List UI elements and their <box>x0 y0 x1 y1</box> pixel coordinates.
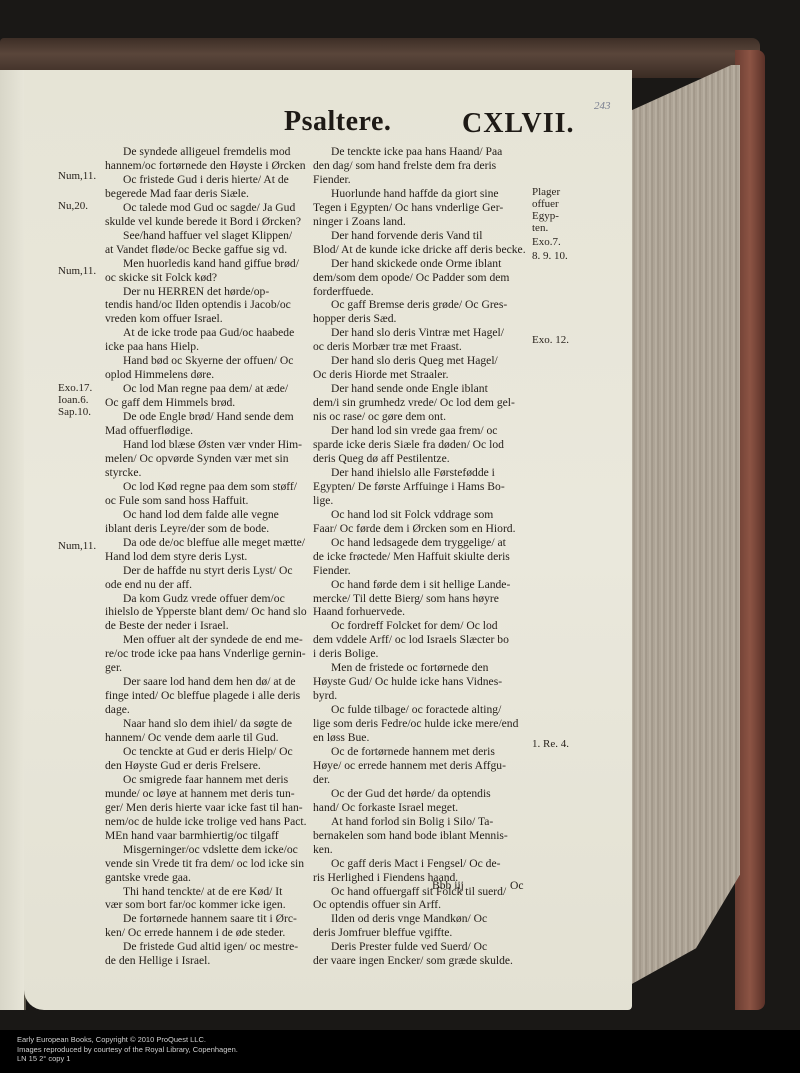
text-line: Oc hand offuergaff sit Folck til suerd/ <box>313 885 531 899</box>
text-line: styrcke. <box>105 466 343 480</box>
signature-mark: Bbb iij <box>432 879 464 892</box>
text-line: lige. <box>313 494 531 508</box>
footer-shelfmark-line: LN 15 2° copy 1 <box>17 1054 800 1064</box>
text-line: Oc deris Hiorde met Straaler. <box>313 368 531 382</box>
text-line: oc skicke sit Folck kød? <box>105 271 343 285</box>
text-line: en løss Bue. <box>313 731 531 745</box>
text-line: Der hand sende onde Engle iblant <box>313 382 531 396</box>
text-line: Men de fristede oc fortørnede den <box>313 661 531 675</box>
text-line: Ilden od deris vnge Mandkøn/ Oc <box>313 912 531 926</box>
text-line: dem vddele Arff/ oc lod Israels Slæcter … <box>313 633 531 647</box>
margin-reference: Num,11. <box>58 170 96 182</box>
text-line: deris Jomfruer bleffue vgiffte. <box>313 926 531 940</box>
text-line: Der hand lod sin vrede gaa frem/ oc <box>313 424 531 438</box>
text-line: Faar/ Oc førde dem i Ørcken som en Hiord… <box>313 522 531 536</box>
text-line: re/oc trode icke paa hans Vnderlige gern… <box>105 647 343 661</box>
text-line: melen/ Oc opvørde Synden vær met sin <box>105 452 343 466</box>
margin-reference: 1. Re. 4. <box>532 738 569 750</box>
text-line: Oc hand lod sit Folck vddrage som <box>313 508 531 522</box>
text-line: oplod Himmelens døre. <box>105 368 343 382</box>
folio-number: CXLVII. <box>462 108 575 140</box>
text-line: nem/oc de hulde icke trolige ved hans Pa… <box>105 815 343 829</box>
margin-reference: Exo. 12. <box>532 334 569 346</box>
text-line: de Beste der neder i Israel. <box>105 619 343 633</box>
catchword: Oc <box>510 879 524 892</box>
text-line: den dag/ som hand frelste dem fra deris <box>313 159 531 173</box>
text-line: De syndede alligeuel fremdelis mod <box>105 145 343 159</box>
text-line: Oc hand ledsagede dem tryggelige/ at <box>313 536 531 550</box>
text-line: Oc talede mod Gud oc sagde/ Ja Gud <box>105 201 343 215</box>
text-line: oc deris Morbær træ met Fraast. <box>313 340 531 354</box>
text-line: der vaare ingen Encker/ som græde skulde… <box>313 954 531 968</box>
text-line: bernakelen som hand bode iblant Mennis- <box>313 829 531 843</box>
text-line: Oc smigrede faar hannem met deris <box>105 773 343 787</box>
text-line: i deris Bolige. <box>313 647 531 661</box>
text-line: der. <box>313 773 531 787</box>
text-line: Der hand forvende deris Vand til <box>313 229 531 243</box>
text-line: Tegen i Egypten/ Oc hans vnderlige Ger- <box>313 201 531 215</box>
margin-reference: Exo.17. <box>58 382 92 394</box>
book-scan: 243 Psaltere. CXLVII. De syndede alligeu… <box>0 0 800 1030</box>
text-line: Oc de fortørnede hannem met deris <box>313 745 531 759</box>
text-line: Hand lod blæse Østen vær vnder Him- <box>105 438 343 452</box>
text-line: de icke frøctede/ Men Haffuit skiulte de… <box>313 550 531 564</box>
text-line: Fiender. <box>313 564 531 578</box>
text-line: sparde icke deris Siæle fra døden/ Oc lo… <box>313 438 531 452</box>
text-line: De tenckte icke paa hans Haand/ Paa <box>313 145 531 159</box>
margin-reference: 8. 9. 10. <box>532 250 568 262</box>
text-line: Oc gaff Bremse deris grøde/ Oc Gres- <box>313 298 531 312</box>
text-line: de den Hellige i Israel. <box>105 954 343 968</box>
text-line: forderffuede. <box>313 285 531 299</box>
footer-courtesy-line: Images reproduced by courtesy of the Roy… <box>17 1045 800 1055</box>
margin-reference: Exo.7. <box>532 236 561 248</box>
text-line: vreden kom offuer Israel. <box>105 312 343 326</box>
text-line: Da kom Gudz vrede offuer dem/oc <box>105 592 343 606</box>
text-line: deris Queg dø aff Pestilentze. <box>313 452 531 466</box>
text-line: lige som deris Fedre/oc hulde icke mere/… <box>313 717 531 731</box>
right-text-column: De tenckte icke paa hans Haand/ Paaden d… <box>313 145 531 968</box>
text-line: Høyste Gud/ Oc hulde icke hans Vidnes- <box>313 675 531 689</box>
text-line: Oc lod Kød regne paa dem som støff/ <box>105 480 343 494</box>
text-line: byrd. <box>313 689 531 703</box>
text-line: ken/ Oc errede hannem i de øde steder. <box>105 926 343 940</box>
margin-reference: Sap.10. <box>58 406 91 418</box>
margin-reference: offuer <box>532 198 559 210</box>
margin-reference: Egyp- <box>532 210 559 222</box>
text-line: Der hand slo deris Queg met Hagel/ <box>313 354 531 368</box>
text-line: ninger i Zoans land. <box>313 215 531 229</box>
text-line: skulde vel kunde berede it Bord i Ørcken… <box>105 215 343 229</box>
text-line: ken. <box>313 843 531 857</box>
text-line: At hand forlod sin Bolig i Silo/ Ta- <box>313 815 531 829</box>
text-line: vær som bort far/oc kommer icke igen. <box>105 898 343 912</box>
text-line: tendis hand/oc Ilden optendis i Jacob/oc <box>105 298 343 312</box>
text-line: dem/i sin grumhedz vrede/ Oc lod dem gel… <box>313 396 531 410</box>
text-line: Naar hand slo dem ihiel/ da søgte de <box>105 717 343 731</box>
text-line: ger/ Men deris hierte vaar icke fast til… <box>105 801 343 815</box>
text-line: iblant deris Leyre/der som de bode. <box>105 522 343 536</box>
text-line: begerede Mad faar deris Siæle. <box>105 187 343 201</box>
text-line: Oc optendis offuer sin Arff. <box>313 898 531 912</box>
text-line: Men offuer alt der syndede de end me- <box>105 633 343 647</box>
text-line: Der de haffde nu styrt deris Lyst/ Oc <box>105 564 343 578</box>
text-line: gantske vrede gaa. <box>105 871 343 885</box>
text-line: Oc hand lod dem falde alle vegne <box>105 508 343 522</box>
text-line: Oc tenckte at Gud er deris Hielp/ Oc <box>105 745 343 759</box>
text-line: Oc fristede Gud i deris hierte/ At de <box>105 173 343 187</box>
text-line: Thi hand tenckte/ at de ere Kød/ It <box>105 885 343 899</box>
text-line: Der hand slo deris Vintræ met Hagel/ <box>313 326 531 340</box>
text-line: den Høyste Gud er deris Frelsere. <box>105 759 343 773</box>
margin-reference: Num,11. <box>58 540 96 552</box>
text-line: Mad offuerflødige. <box>105 424 343 438</box>
text-line: Haand forhuervede. <box>313 605 531 619</box>
text-line: Oc lod Man regne paa dem/ at æde/ <box>105 382 343 396</box>
text-line: At de icke trode paa Gud/oc haabede <box>105 326 343 340</box>
text-line: hand/ Oc forkaste Israel meget. <box>313 801 531 815</box>
text-line: ger. <box>105 661 343 675</box>
text-line: Misgerninger/oc vdslette dem icke/oc <box>105 843 343 857</box>
text-line: finge inted/ Oc bleffue plagede i alle d… <box>105 689 343 703</box>
text-line: Oc fordreff Folcket for dem/ Oc lod <box>313 619 531 633</box>
text-line: Huorlunde hand haffde da giort sine <box>313 187 531 201</box>
text-line: oc Fule som sand hoss Haffuit. <box>105 494 343 508</box>
text-line: Blod/ At de kunde icke dricke aff deris … <box>313 243 531 257</box>
text-line: mercke/ Til dette Bierg/ som hans høyre <box>313 592 531 606</box>
text-line: Oc fulde tilbage/ oc foractede alting/ <box>313 703 531 717</box>
text-line: Høye/ oc errede hannem met deris Affgu- <box>313 759 531 773</box>
text-line: Hand bød oc Skyerne der offuen/ Oc <box>105 354 343 368</box>
left-text-column: De syndede alligeuel fremdelis modhannem… <box>105 145 343 968</box>
text-line: dem/som dem opode/ Oc Padder som dem <box>313 271 531 285</box>
copyright-footer: Early European Books, Copyright © 2010 P… <box>0 1030 800 1073</box>
text-line: Men huorledis kand hand giffue brød/ <box>105 257 343 271</box>
margin-reference: Plager <box>532 186 560 198</box>
text-line: De fortørnede hannem saare tit i Ørc- <box>105 912 343 926</box>
text-line: Der nu HERREN det hørde/op- <box>105 285 343 299</box>
text-line: hannem/ Oc vende dem aarle til Gud. <box>105 731 343 745</box>
text-line: Fiender. <box>313 173 531 187</box>
text-line: Der saare lod hand dem hen dø/ at de <box>105 675 343 689</box>
margin-reference: Nu,20. <box>58 200 88 212</box>
running-title: Psaltere. <box>284 106 391 138</box>
text-line: ris Herlighed i Fiendens haand. <box>313 871 531 885</box>
text-line: ihielslo de Ypperste blant dem/ Oc hand … <box>105 605 343 619</box>
text-line: Egypten/ De første Arffuinge i Hams Bo- <box>313 480 531 494</box>
text-line: icke paa hans Hielp. <box>105 340 343 354</box>
text-line: hopper deris Sæd. <box>313 312 531 326</box>
text-line: Da ode de/oc bleffue alle meget mætte/ <box>105 536 343 550</box>
text-line: Deris Prester fulde ved Suerd/ Oc <box>313 940 531 954</box>
text-line: Oc hand førde dem i sit hellige Lande- <box>313 578 531 592</box>
text-line: Der hand skickede onde Orme iblant <box>313 257 531 271</box>
text-line: See/hand haffuer vel slaget Klippen/ <box>105 229 343 243</box>
text-line: Hand lod dem styre deris Lyst. <box>105 550 343 564</box>
text-line: Oc gaff dem Himmels brød. <box>105 396 343 410</box>
text-line: at Vandet fløde/oc Becke gaffue sig vd. <box>105 243 343 257</box>
text-line: dage. <box>105 703 343 717</box>
page-fore-edge <box>630 65 740 985</box>
text-line: hannem/oc fortørnede den Høyste i Ørcken <box>105 159 343 173</box>
margin-reference: ten. <box>532 222 548 234</box>
footer-copyright-line: Early European Books, Copyright © 2010 P… <box>17 1035 800 1045</box>
manuscript-page-number: 243 <box>594 100 611 112</box>
text-line: Oc der Gud det hørde/ da optendis <box>313 787 531 801</box>
text-line: Oc gaff deris Mact i Fengsel/ Oc de- <box>313 857 531 871</box>
text-line: ode end nu der aff. <box>105 578 343 592</box>
margin-reference: Ioan.6. <box>58 394 89 406</box>
text-line: Der hand ihielslo alle Førstefødde i <box>313 466 531 480</box>
text-line: munde/ oc løye at hannem met deris tun- <box>105 787 343 801</box>
text-line: De ode Engle brød/ Hand sende dem <box>105 410 343 424</box>
text-line: MEn hand vaar barmhiertig/oc tilgaff <box>105 829 343 843</box>
facing-page-edge <box>0 70 26 1010</box>
text-line: De fristede Gud altid igen/ oc mestre- <box>105 940 343 954</box>
text-line: nis oc rase/ oc gøre dem ont. <box>313 410 531 424</box>
margin-reference: Num,11. <box>58 265 96 277</box>
text-line: vende sin Vrede tit fra dem/ oc lod icke… <box>105 857 343 871</box>
